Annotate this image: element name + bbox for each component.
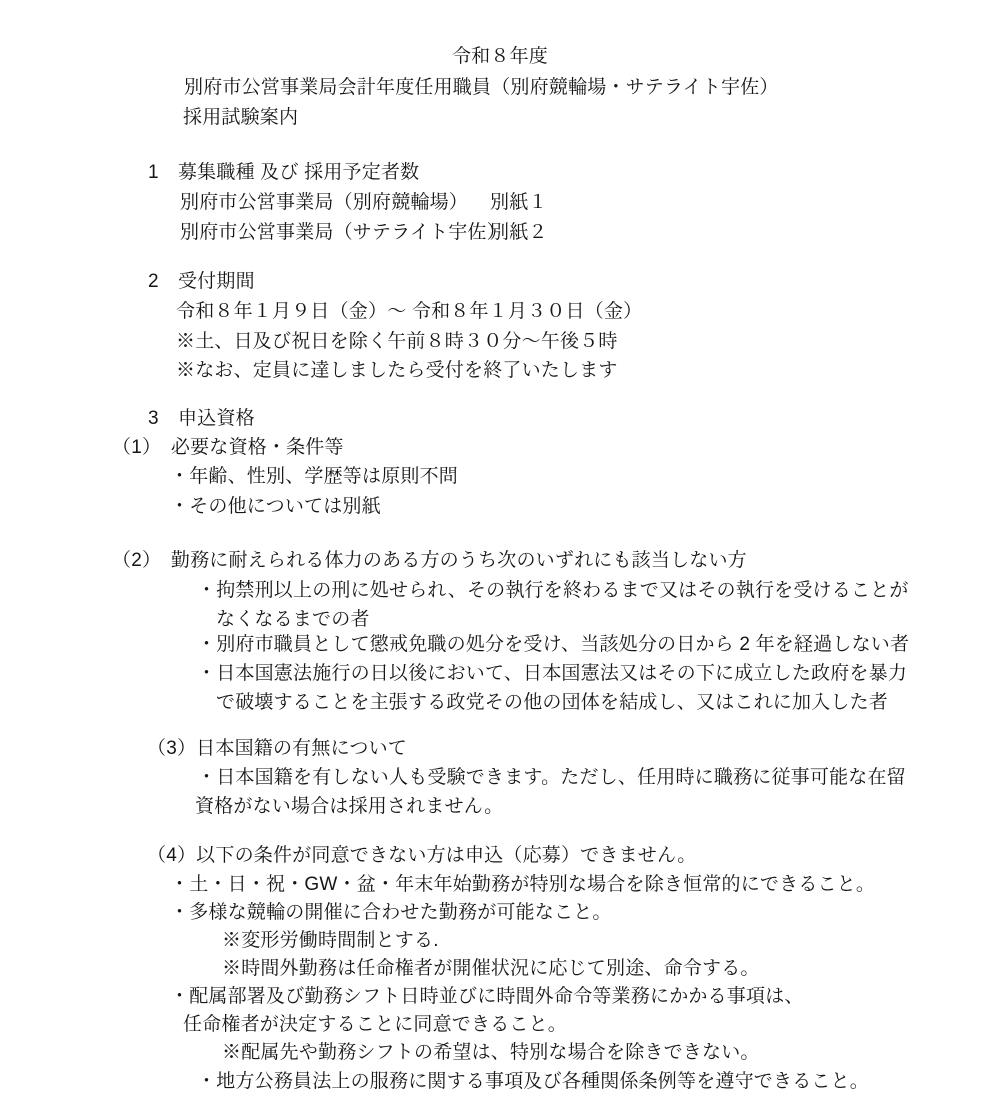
recruit-row-org: 別府市公営事業局（別府競輪場）: [180, 191, 468, 215]
title-fiscal-year: 令和８年度: [0, 45, 1000, 69]
disqualifier-item-continuation: で破壊することを主張する政党その他の団体を結成し、又はこれに加入した者: [216, 691, 888, 715]
section2-heading: 2 受付期間: [148, 270, 255, 294]
document-page: 令和８年度 別府市公営事業局会計年度任用職員（別府競輪場・サテライト宇佐） 採用…: [0, 0, 1000, 1117]
condition-item-continuation: 任命権者が決定することに同意できること。: [183, 1013, 567, 1037]
period-note-hours: ※土、日及び祝日を除く午前８時３０分～午後５時: [176, 330, 618, 354]
nationality-item-continuation: 資格がない場合は採用されません。: [195, 795, 503, 819]
eligibility-sub3-heading: （3）日本国籍の有無について: [147, 737, 407, 761]
condition-note: ※配属先や勤務シフトの希望は、特別な場合を除きできない。: [222, 1041, 760, 1065]
title-sub: 採用試験案内: [183, 106, 298, 130]
section3-heading: 3 申込資格: [148, 407, 255, 431]
section1-heading: 1 募集職種 及び 採用予定者数: [148, 161, 419, 185]
condition-item: ・多様な競輪の開催に合わせた勤務が可能なこと。: [170, 901, 612, 925]
eligibility-sub4-heading: （4）以下の条件が同意できない方は申込（応募）できません。: [147, 844, 697, 868]
condition-item: ・配属部署及び勤務シフト日時並びに時間外命令等業務にかかる事項は、: [170, 985, 804, 1009]
recruit-row-ref: 別紙２: [490, 221, 548, 245]
eligibility-sub2-heading: （2） 勤務に耐えられる体力のある方のうち次のいずれにも該当しない方: [112, 549, 747, 573]
disqualifier-item: ・別府市職員として懲戒免職の処分を受け、当該処分の日から 2 年を経過しない者: [197, 633, 909, 657]
recruit-row-org: 別府市公営事業局（サテライト宇佐）: [180, 221, 506, 245]
nationality-item: ・日本国籍を有しない人も受験できます。ただし、任用時に職務に従事可能な在留: [197, 766, 906, 790]
condition-note: ※変形労働時間制とする.: [222, 929, 439, 953]
condition-note: ※時間外勤務は任命権者が開催状況に応じて別途、命令する。: [222, 957, 760, 981]
disqualifier-item-continuation: なくなるまでの者: [216, 608, 370, 632]
disqualifier-item: ・日本国憲法施行の日以後において、日本国憲法又はその下に成立した政府を暴力: [197, 662, 907, 686]
condition-item: ・地方公務員法上の服務に関する事項及び各種関係条例等を遵守できること。: [197, 1070, 869, 1094]
recruit-row-ref: 別紙１: [490, 191, 548, 215]
requirement-item: ・年齢、性別、学歴等は原則不問: [170, 465, 458, 489]
period-range: 令和８年１月９日（金）～ 令和８年１月３０日（金）: [176, 300, 642, 324]
title-main: 別府市公営事業局会計年度任用職員（別府競輪場・サテライト宇佐）: [184, 76, 779, 100]
condition-item: ・土・日・祝・GW・盆・年末年始勤務が特別な場合を除き恒常的にできること。: [170, 873, 875, 897]
period-note-capacity: ※なお、定員に達しましたら受付を終了いたします: [176, 359, 618, 383]
disqualifier-item: ・拘禁刑以上の刑に処せられ、その執行を終わるまで又はその執行を受けることが: [197, 579, 909, 603]
eligibility-sub1-heading: （1） 必要な資格・条件等: [112, 436, 344, 460]
requirement-item: ・その他については別紙: [170, 495, 381, 519]
